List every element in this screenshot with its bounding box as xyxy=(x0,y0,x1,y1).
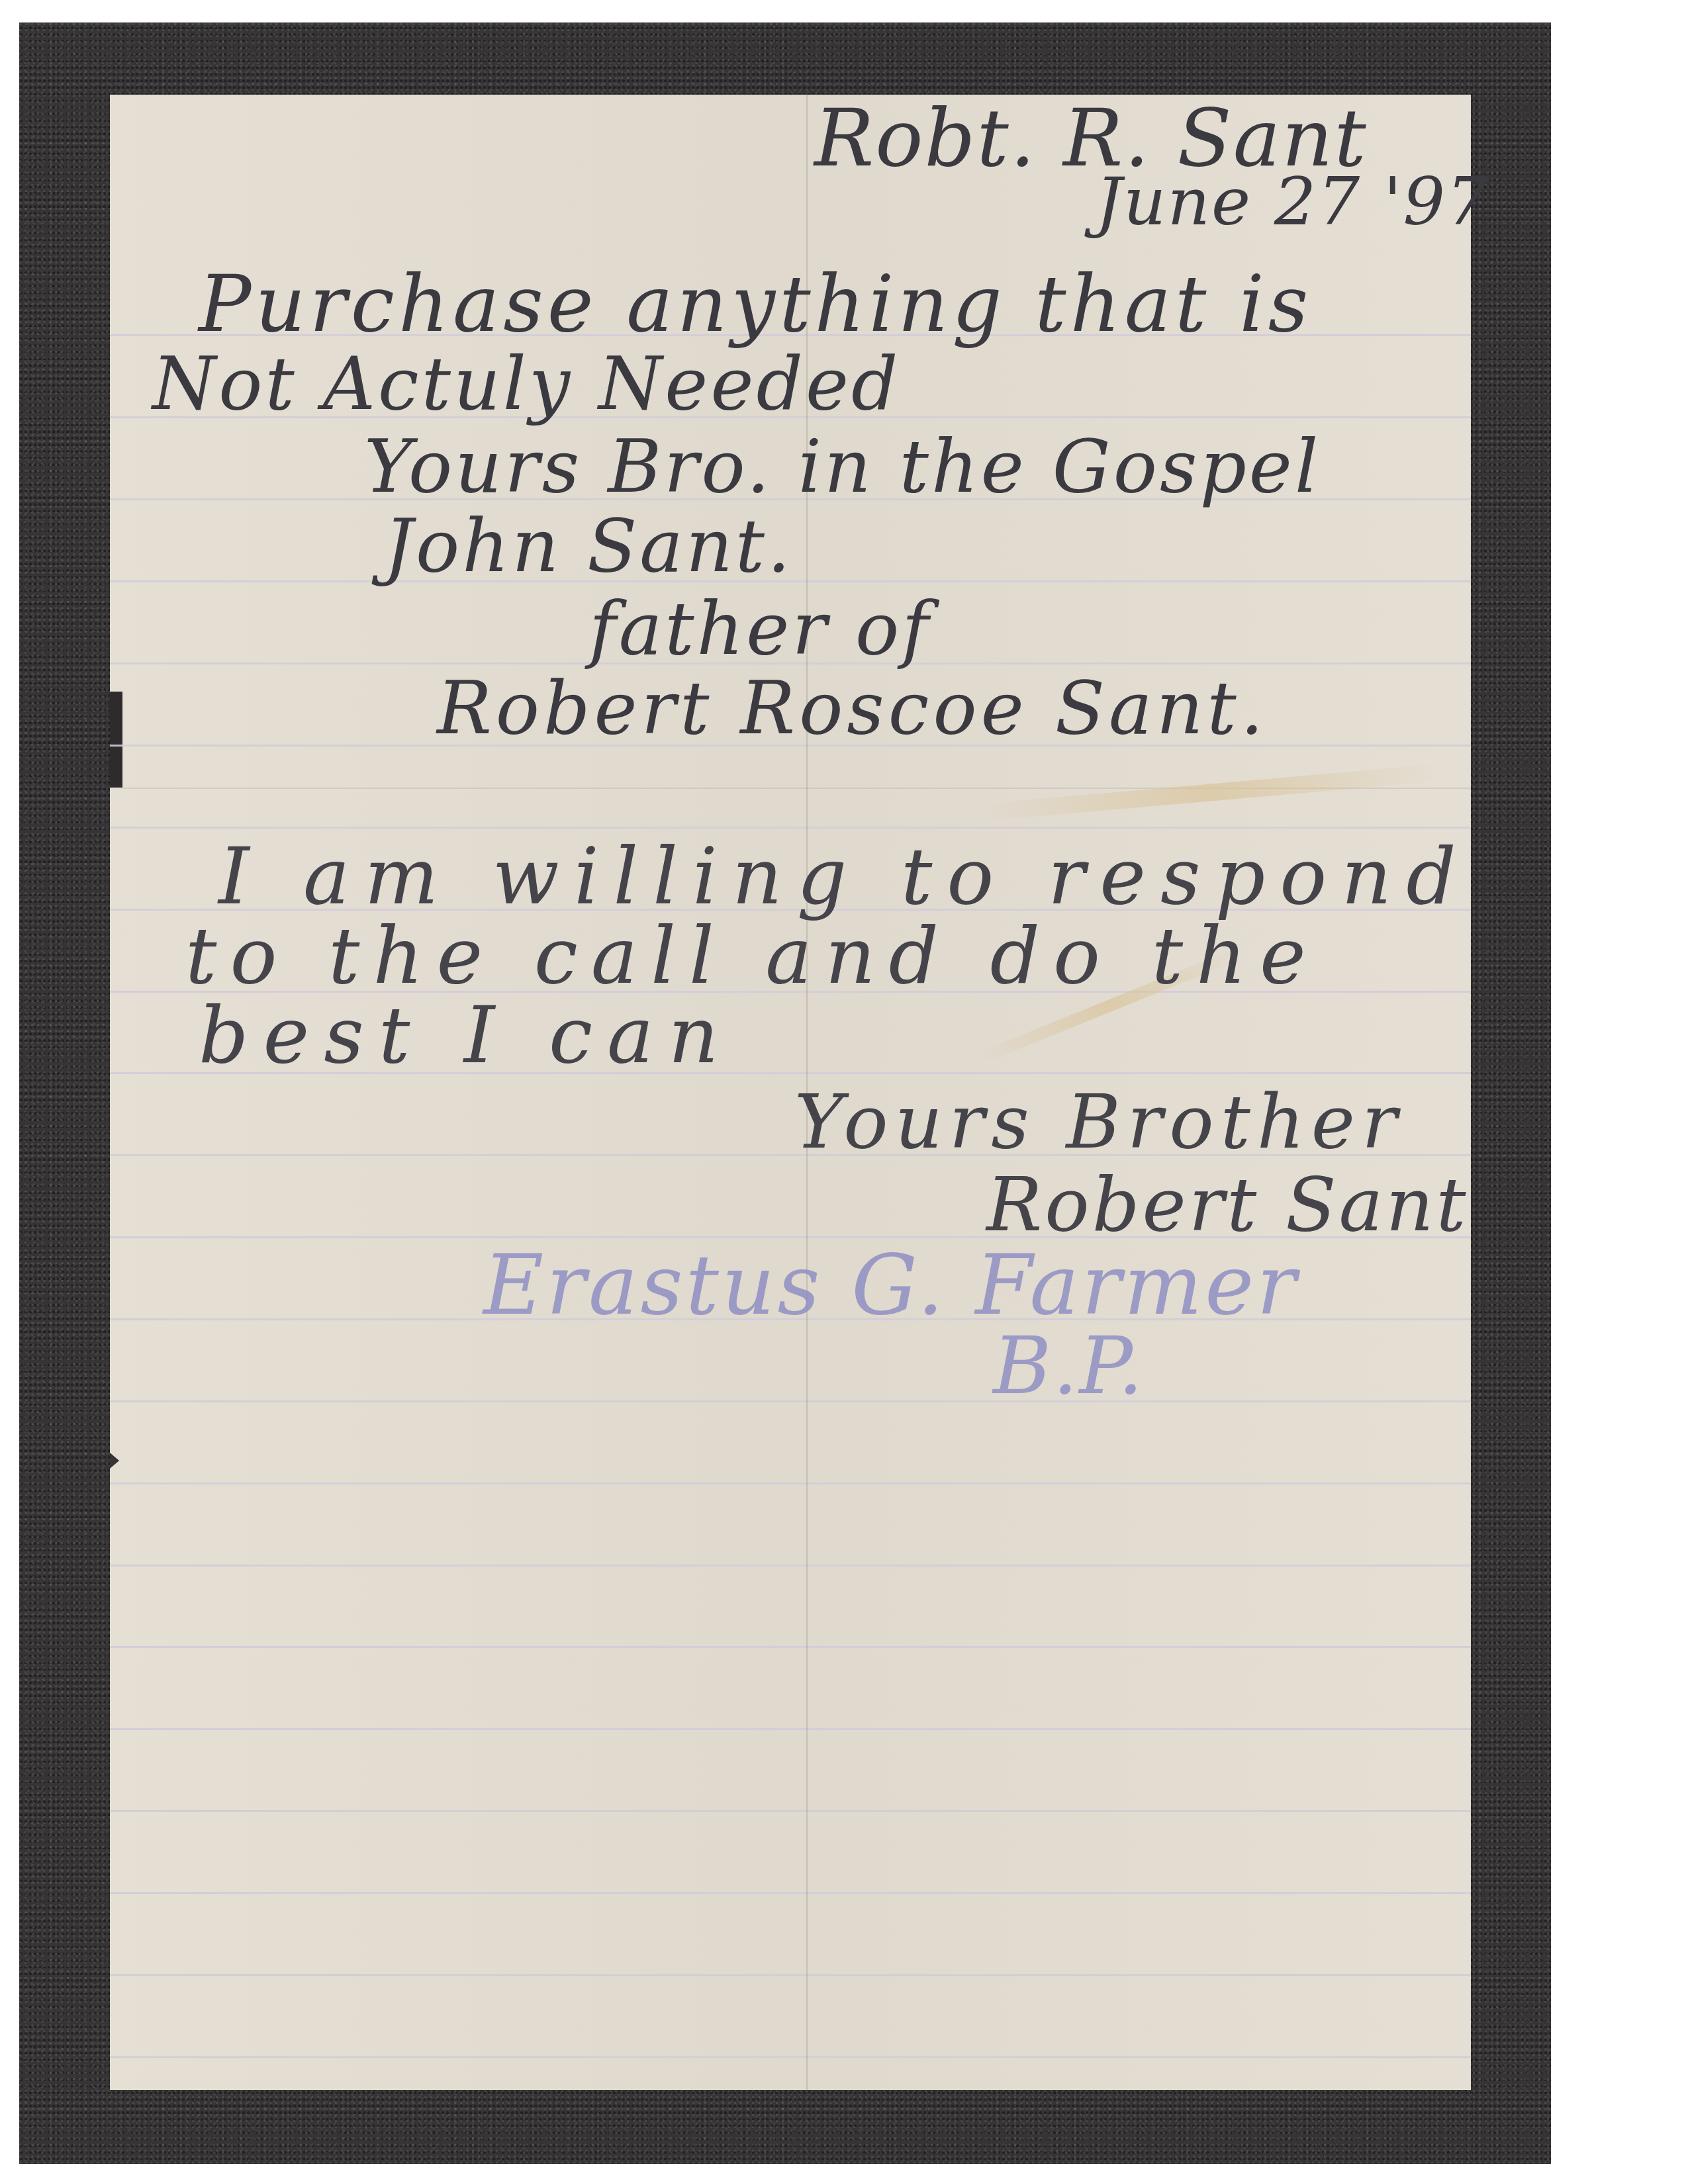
rule-line xyxy=(110,1400,1471,1402)
torn-edge-notch xyxy=(110,692,122,788)
body-line-2: Not Actuly Needed xyxy=(152,347,900,420)
edge-nick xyxy=(110,1453,119,1469)
rule-line xyxy=(110,1565,1471,1567)
body-2-line-1: I am willing to respond xyxy=(218,837,1471,915)
endorsement-signature: Erastus G. Farmer xyxy=(483,1244,1299,1327)
rule-line xyxy=(110,1974,1471,1976)
closing-1-valediction: Yours Bro. in the Gospel xyxy=(364,430,1321,503)
closing-2-signature: Robert Sant xyxy=(986,1168,1469,1242)
rule-line xyxy=(110,1810,1471,1812)
body-2-line-2: to the call and do the xyxy=(185,917,1319,995)
rule-line xyxy=(110,1728,1471,1730)
closing-1-relation: father of xyxy=(589,592,931,665)
endorsement-title: B.P. xyxy=(993,1327,1145,1406)
rule-line xyxy=(110,1482,1471,1484)
rule-line xyxy=(110,1646,1471,1648)
rule-line xyxy=(110,827,1471,829)
closing-2-valediction: Yours Brother xyxy=(794,1085,1404,1160)
rule-line xyxy=(110,1892,1471,1894)
body-2-line-3: best I can xyxy=(199,996,733,1074)
header-date: June 27 '97 xyxy=(1096,169,1490,235)
body-line-1: Purchase anything that is xyxy=(199,265,1312,343)
closing-1-signature: John Sant. xyxy=(384,510,793,582)
closing-1-subject-name: Robert Roscoe Sant. xyxy=(437,672,1268,745)
rule-line xyxy=(110,2056,1471,2058)
